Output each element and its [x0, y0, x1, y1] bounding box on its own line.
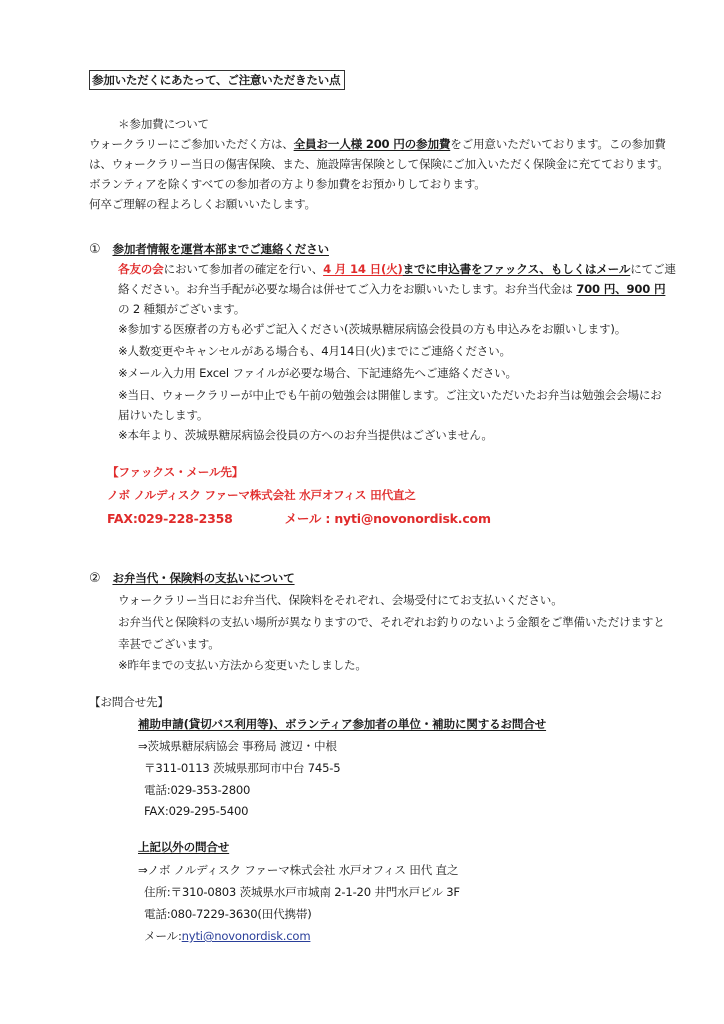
text: 絡ください。お弁当手配が必要な場合は併せてご入力をお願いいたします。お弁当代金は: [118, 282, 576, 296]
section1-line-2: 絡ください。お弁当手配が必要な場合は併せてご入力をお願いいたします。お弁当代金は…: [118, 280, 665, 299]
contact-email[interactable]: メール : nyti@novonordisk.com: [285, 511, 491, 526]
fee-paragraph-line-2: は、ウォークラリー当日の傷害保険、また、施設障害保険として保険にご加入いただく保…: [89, 155, 669, 174]
document-page: 参加いただくにあたって、ご注意いただきたい点 ＊参加費について ウォークラリーに…: [0, 0, 724, 1024]
fee-text: をご用意いただいております。この参加費: [450, 137, 666, 151]
section1-note: ※メール入力用 Excel ファイルが必要な場合、下記連絡先へご連絡ください。: [118, 364, 517, 383]
section1-heading: 参加者情報を運営本部までご連絡ください: [112, 242, 328, 256]
fee-paragraph-line-3: ボランティアを除くすべての参加者の方より参加費をお預かりしております。: [89, 175, 486, 194]
section2-heading: お弁当代・保険料の支払いについて: [112, 571, 294, 585]
fax-contact-row: FAX:029-228-2358メール : nyti@novonordisk.c…: [107, 509, 491, 528]
section1-line-1: 各友の会において参加者の確定を行い、4 月 14 日(火)までに申込書をファック…: [118, 260, 676, 279]
bento-prices: 700 円、900 円: [576, 282, 665, 296]
deadline-date: 4 月 14 日(火): [323, 262, 403, 276]
page-title: 参加いただくにあたって、ご注意いただきたい点: [89, 70, 345, 90]
section2-number: ②: [89, 571, 100, 586]
inquiry-group1-address: 〒311-0113 茨城県那珂市中台 745-5: [144, 759, 340, 778]
fax-contact-org: ノボ ノルディスク ファーマ株式会社 水戸オフィス 田代直之: [107, 486, 416, 505]
text: にてご連: [630, 262, 676, 276]
fee-text: ウォークラリーにご参加いただく方は、: [89, 137, 294, 151]
section1-number: ①: [89, 242, 100, 257]
section1-note: 届けいたします。: [118, 406, 208, 425]
fee-amount: 全員お一人様 200 円の参加費: [294, 137, 451, 151]
section2-line: ※昨年までの支払い方法から変更いたしました。: [118, 656, 367, 675]
inquiry-group1-tel: 電話:029-353-2800: [144, 781, 250, 800]
inquiry-group2-address: 住所:〒310-0803 茨城県水戸市城南 2-1-20 井門水戸ビル 3F: [144, 883, 460, 902]
section1-note: ※参加する医療者の方も必ずご記入ください(茨城県糖尿病協会役員の方も申込みをお願…: [118, 320, 626, 339]
section2-heading-row: ②お弁当代・保険料の支払いについて: [89, 569, 295, 588]
section1-heading-row: ①参加者情報を運営本部までご連絡ください: [89, 240, 329, 259]
section2-line: ウォークラリー当日にお弁当代、保険料をそれぞれ、会場受付にてお支払いください。: [118, 591, 563, 610]
fee-paragraph-line-1: ウォークラリーにご参加いただく方は、全員お一人様 200 円の参加費をご用意いた…: [89, 135, 666, 154]
inquiry-group2-tel: 電話:080-7229-3630(田代携帯): [144, 905, 312, 924]
inquiry-group1-org: ⇒茨城県糖尿病協会 事務局 渡辺・中根: [138, 737, 337, 756]
inquiry-group1-title: 補助申請(貸切バス利用等)、ボランティア参加者の単位・補助に関するお問合せ: [138, 715, 546, 734]
inquiry-group2-mail-row: メール:nyti@novonordisk.com: [144, 927, 310, 946]
tomonokai-label: 各友の会: [118, 262, 164, 276]
fee-paragraph-line-4: 何卒ご理解の程よろしくお願いいたします。: [89, 195, 316, 214]
inquiry-heading: 【お問合せ先】: [89, 693, 169, 712]
section1-note: ※当日、ウォークラリーが中止でも午前の勉強会は開催します。ご注文いただいたお弁当…: [118, 386, 662, 405]
fee-heading: ＊参加費について: [118, 115, 209, 134]
inquiry-group2-title: 上記以外の問合せ: [138, 838, 229, 857]
section1-line-3: の 2 種類がございます。: [118, 300, 245, 319]
submission-method: までに申込書をファックス、もしくはメール: [403, 262, 631, 276]
inquiry-group2-org: ⇒ノボ ノルディスク ファーマ株式会社 水戸オフィス 田代 直之: [138, 861, 458, 880]
section2-line: お弁当代と保険料の支払い場所が異なりますので、それぞれお釣りのないよう金額をご準…: [118, 613, 665, 632]
fax-number: FAX:029-228-2358: [107, 511, 233, 526]
inquiry-group1-fax: FAX:029-295-5400: [144, 802, 248, 821]
email-link[interactable]: nyti@novonordisk.com: [182, 929, 311, 943]
mail-label: メール:: [144, 929, 182, 943]
fax-contact-heading: 【ファックス・メール先】: [107, 463, 243, 482]
section1-note: ※人数変更やキャンセルがある場合も、4月14日(火)までにご連絡ください。: [118, 342, 511, 361]
section2-line: 幸甚でございます。: [118, 635, 220, 654]
text: において参加者の確定を行い、: [164, 262, 324, 276]
section1-note: ※本年より、茨城県糖尿病協会役員の方へのお弁当提供はございません。: [118, 426, 493, 445]
